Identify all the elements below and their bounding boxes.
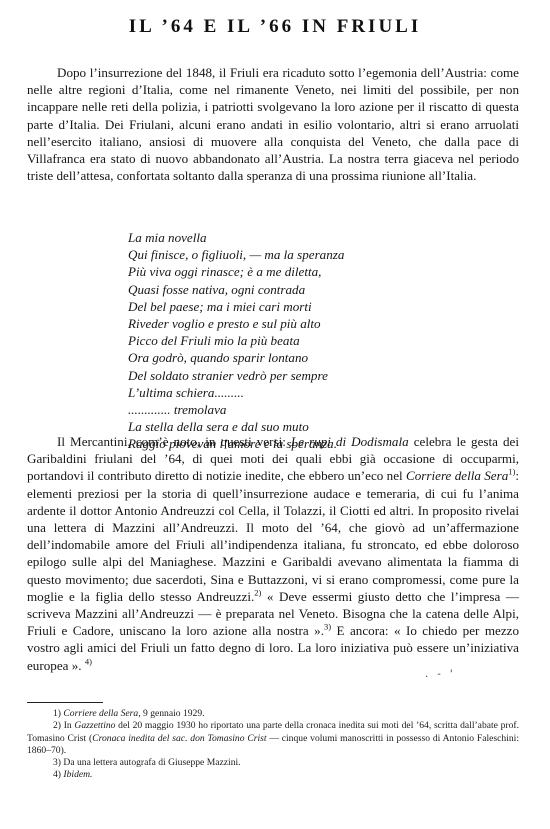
- footnote-italic: Cronaca inedita del sac. don Tomasino Cr…: [92, 733, 266, 744]
- footnote-4: 4) Ibidem.: [27, 769, 519, 781]
- paragraph-text: : elementi preziosi per la storia di que…: [27, 468, 519, 603]
- paragraph-mercantini: Il Mercantini, com’è noto, in questi ver…: [27, 433, 519, 674]
- poem-line: Del soldato stranier vedrò per sempre: [128, 367, 344, 384]
- footnote-2: 2) In Gazzettino del 20 maggio 1930 ho r…: [27, 720, 519, 757]
- paragraph-text: Il Mercantini, com’è noto, in questi ver…: [57, 434, 291, 449]
- footnote-italic: Ibidem.: [63, 769, 92, 780]
- footnote-ref-4[interactable]: 4): [85, 656, 92, 666]
- footnote-text: , 9 gennaio 1929.: [138, 708, 204, 719]
- footnote-italic: Corriere della Sera: [63, 708, 138, 719]
- page-title: IL ’64 E IL ’66 IN FRIULI: [0, 16, 550, 38]
- poem-quotation: La mia novella Qui finisce, o figliuoli,…: [128, 229, 344, 453]
- work-title-italic: Le rupi di Dodismala: [291, 434, 409, 449]
- footnote-number: 3): [53, 757, 61, 768]
- print-smudge-mark: . - ': [425, 669, 456, 680]
- poem-line: Più viva oggi rinasce; è a me diletta,: [128, 263, 344, 280]
- footnote-text: In: [64, 720, 75, 731]
- poem-line: La mia novella: [128, 229, 344, 246]
- footnote-number: 2): [53, 720, 61, 731]
- newspaper-title-italic: Corriere della Sera: [406, 468, 508, 483]
- footnote-italic: Gazzettino: [74, 720, 115, 731]
- poem-line: Quasi fosse nativa, ogni contrada: [128, 281, 344, 298]
- poem-line: Ora godrò, quando sparir lontano: [128, 349, 344, 366]
- footnote-text: Da una lettera autografa di Giuseppe Maz…: [63, 757, 240, 768]
- footnote-number: 1): [53, 708, 61, 719]
- poem-line: Qui finisce, o figliuoli, — ma la speran…: [128, 246, 344, 263]
- poem-line: ............. tremolava: [128, 401, 344, 418]
- poem-line: Picco del Friuli mio la più beata: [128, 332, 344, 349]
- document-page: IL ’64 E IL ’66 IN FRIULI Dopo l’insurre…: [0, 0, 550, 829]
- footnote-1: 1) Corriere della Sera, 9 gennaio 1929.: [27, 708, 519, 720]
- footnote-3: 3) Da una lettera autografa di Giuseppe …: [27, 757, 519, 769]
- poem-line: Del bel paese; ma i miei cari morti: [128, 298, 344, 315]
- poem-line: L’ultima schiera.........: [128, 384, 344, 401]
- footnote-divider: [27, 702, 103, 703]
- paragraph-intro-text: Dopo l’insurrezione del 1848, il Friuli …: [27, 65, 519, 183]
- footnotes: 1) Corriere della Sera, 9 gennaio 1929. …: [27, 708, 519, 782]
- footnote-number: 4): [53, 769, 61, 780]
- paragraph-intro: Dopo l’insurrezione del 1848, il Friuli …: [27, 64, 519, 184]
- poem-line: Riveder voglio e presto e sul più alto: [128, 315, 344, 332]
